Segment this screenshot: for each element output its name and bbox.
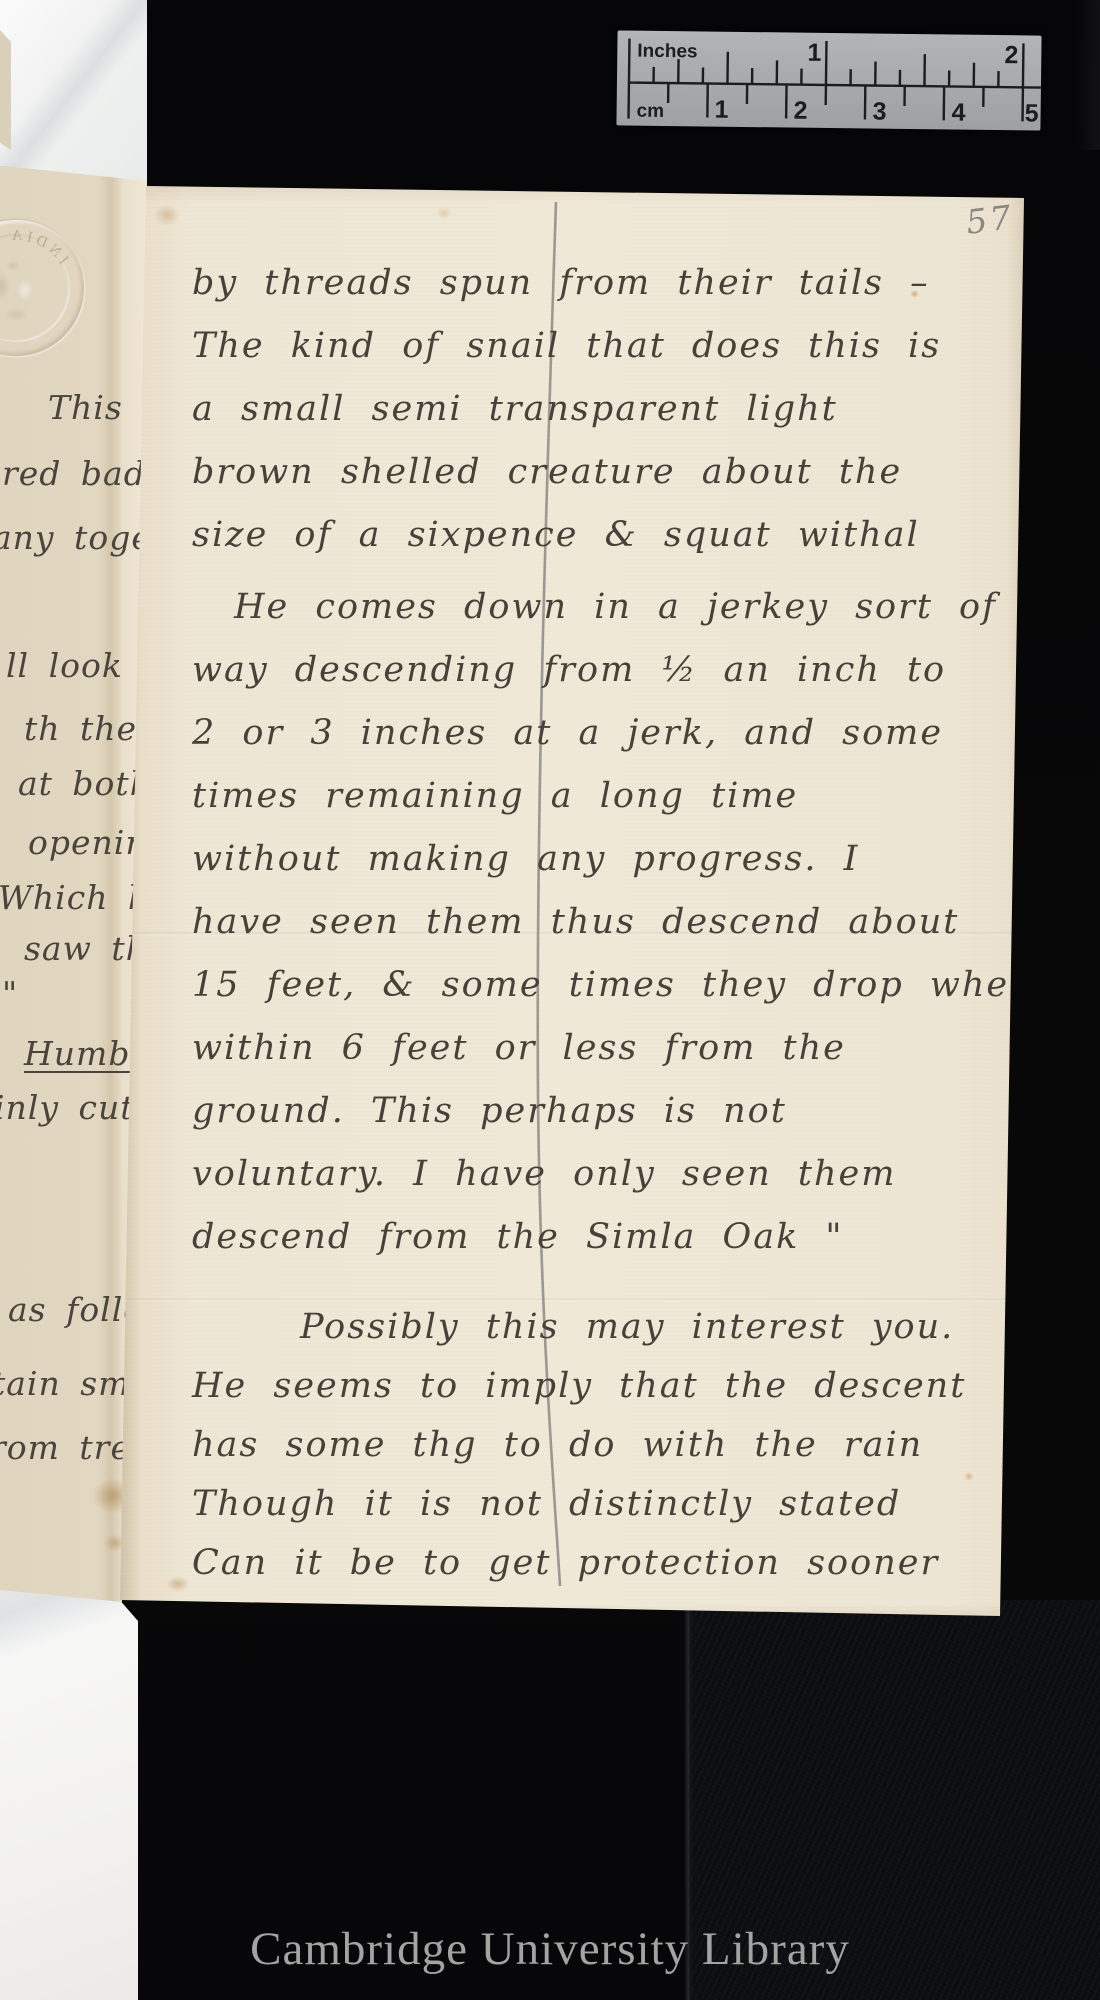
page-edge-strip bbox=[0, 30, 11, 150]
page-edge-shading bbox=[118, 186, 1026, 1624]
ruler-cm-number: 4 bbox=[951, 99, 965, 127]
ruler-cm-number: 1 bbox=[714, 96, 728, 124]
ruler-cm-label: cm bbox=[636, 101, 664, 122]
library-watermark: Cambridge University Library bbox=[0, 1922, 1100, 1976]
left-page-fragment: th the bbox=[24, 709, 137, 748]
ruler-cm-number: 3 bbox=[872, 98, 886, 126]
ruler-inches-label: Inches bbox=[637, 41, 697, 63]
ruler-inch-number: 2 bbox=[1004, 41, 1018, 69]
backing-sheet-top bbox=[0, 0, 147, 190]
measurement-ruler: Inches 1 2 cm 1 2 3 4 5 bbox=[616, 30, 1041, 130]
ruler-cm-number: 5 bbox=[1025, 99, 1039, 127]
manuscript-page: 57 by threads spun from their tails – Th… bbox=[118, 186, 1026, 1624]
velvet-cloth-edge bbox=[1076, 0, 1100, 150]
ruler-cm-number: 2 bbox=[793, 97, 807, 125]
left-page-fragment: This bbox=[48, 388, 123, 427]
left-page-fragment: " bbox=[2, 974, 18, 1013]
left-page-fragment: at both bbox=[18, 764, 152, 803]
manuscript-scan: INDIA OFFICE This red badly any together… bbox=[0, 0, 1100, 2000]
ruler-inch-number: 1 bbox=[807, 39, 821, 67]
india-office-embossed-seal: INDIA OFFICE bbox=[0, 220, 84, 356]
